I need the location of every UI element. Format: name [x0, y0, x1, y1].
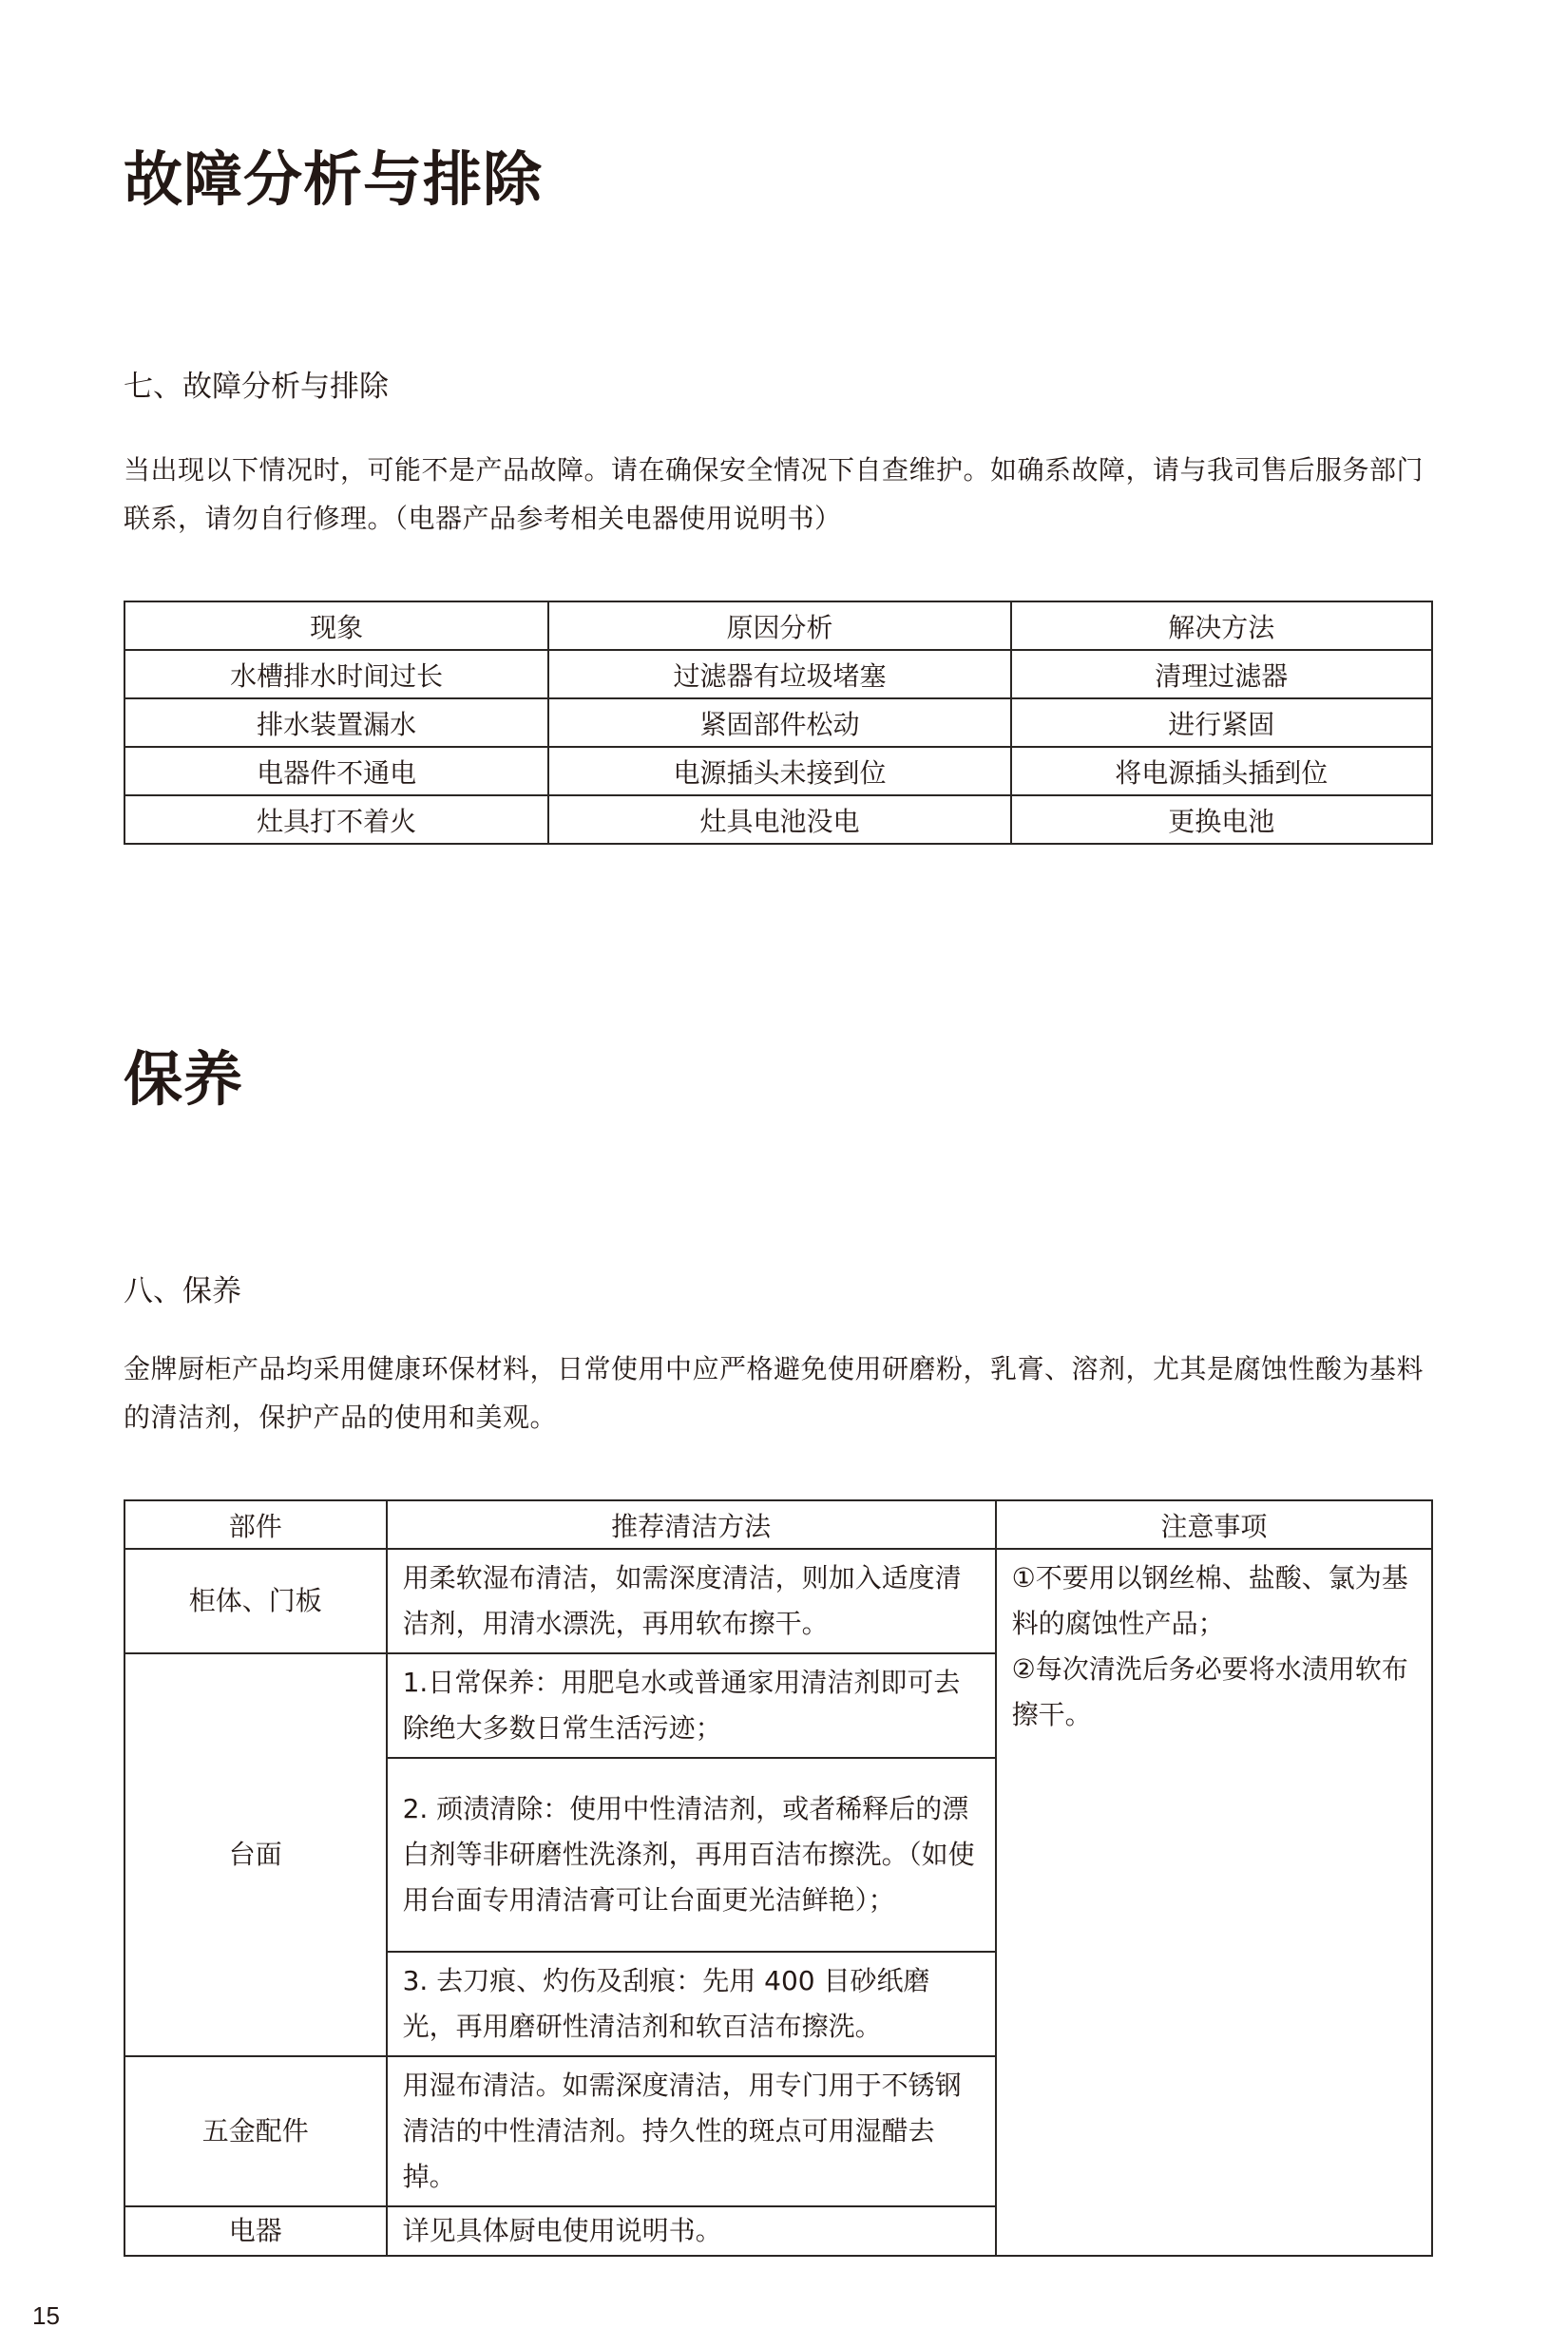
maintenance-intro: 金牌厨柜产品均采用健康环保材料，日常使用中应严格避免使用研磨粉，乳膏、溶剂，尤其… — [124, 1345, 1444, 1441]
part-cell: 电器 — [124, 2206, 387, 2256]
part-cell: 五金配件 — [124, 2056, 387, 2206]
cause-cell: 电源插头未接到位 — [548, 747, 1010, 795]
section-heading-maintenance: 八、保养 — [124, 1277, 241, 1307]
method-cell: 用柔软湿布清洁，如需深度清洁，则加入适度清洁剂，用清水漂洗，再用软布擦干。 — [387, 1549, 996, 1653]
maintenance-table: 部件 推荐清洁方法 注意事项 柜体、门板 用柔软湿布清洁，如需深度清洁，则加入适… — [124, 1499, 1433, 2257]
part-cell: 台面 — [124, 1653, 387, 2056]
cause-cell: 过滤器有垃圾堵塞 — [548, 650, 1010, 698]
symptom-cell: 排水装置漏水 — [124, 698, 548, 747]
troubleshooting-intro: 当出现以下情况时，可能不是产品故障。请在确保安全情况下自查维护。如确系故障，请与… — [124, 446, 1444, 543]
symptom-cell: 电器件不通电 — [124, 747, 548, 795]
method-cell: 用湿布清洁。如需深度清洁，用专门用于不锈钢清洁的中性清洁剂。持久性的斑点可用湿醋… — [387, 2056, 996, 2206]
page-number: 15 — [32, 2301, 60, 2328]
header-cause: 原因分析 — [548, 601, 1010, 650]
symptom-cell: 水槽排水时间过长 — [124, 650, 548, 698]
header-part: 部件 — [124, 1500, 387, 1549]
symptom-cell: 灶具打不着火 — [124, 795, 548, 844]
notes-cell: ①不要用以钢丝棉、盐酸、氯为基料的腐蚀性产品； ②每次清洗后务必要将水渍用软布擦… — [996, 1549, 1432, 2256]
note-item: ②每次清洗后务必要将水渍用软布擦干。 — [1012, 1647, 1418, 1738]
table-row: 电器件不通电 电源插头未接到位 将电源插头插到位 — [124, 747, 1432, 795]
table-row: 灶具打不着火 灶具电池没电 更换电池 — [124, 795, 1432, 844]
header-method: 推荐清洁方法 — [387, 1500, 996, 1549]
page-title-maintenance: 保养 — [124, 1050, 243, 1109]
cause-cell: 紧固部件松动 — [548, 698, 1010, 747]
method-cell: 1.日常保养：用肥皂水或普通家用清洁剂即可去除绝大多数日常生活污迹； — [387, 1653, 996, 1758]
table-header-row: 部件 推荐清洁方法 注意事项 — [124, 1500, 1432, 1549]
table-row: 水槽排水时间过长 过滤器有垃圾堵塞 清理过滤器 — [124, 650, 1432, 698]
header-notes: 注意事项 — [996, 1500, 1432, 1549]
troubleshooting-table: 现象 原因分析 解决方法 水槽排水时间过长 过滤器有垃圾堵塞 清理过滤器 排水装… — [124, 601, 1433, 845]
solution-cell: 将电源插头插到位 — [1011, 747, 1432, 795]
table-row: 柜体、门板 用柔软湿布清洁，如需深度清洁，则加入适度清洁剂，用清水漂洗，再用软布… — [124, 1549, 1432, 1653]
page-title-troubleshooting: 故障分析与排除 — [124, 150, 543, 209]
table-row: 排水装置漏水 紧固部件松动 进行紧固 — [124, 698, 1432, 747]
note-item: ①不要用以钢丝棉、盐酸、氯为基料的腐蚀性产品； — [1012, 1555, 1418, 1647]
header-symptom: 现象 — [124, 601, 548, 650]
table-header-row: 现象 原因分析 解决方法 — [124, 601, 1432, 650]
cause-cell: 灶具电池没电 — [548, 795, 1010, 844]
solution-cell: 更换电池 — [1011, 795, 1432, 844]
header-solution: 解决方法 — [1011, 601, 1432, 650]
method-cell: 详见具体厨电使用说明书。 — [387, 2206, 996, 2256]
solution-cell: 清理过滤器 — [1011, 650, 1432, 698]
solution-cell: 进行紧固 — [1011, 698, 1432, 747]
method-cell: 2. 顽渍清除：使用中性清洁剂，或者稀释后的漂白剂等非研磨性洗涤剂，再用百洁布擦… — [387, 1758, 996, 1952]
part-cell: 柜体、门板 — [124, 1549, 387, 1653]
section-heading-troubleshooting: 七、故障分析与排除 — [124, 372, 389, 402]
method-cell: 3. 去刀痕、灼伤及刮痕：先用 400 目砂纸磨光，再用磨研性清洁剂和软百洁布擦… — [387, 1952, 996, 2056]
